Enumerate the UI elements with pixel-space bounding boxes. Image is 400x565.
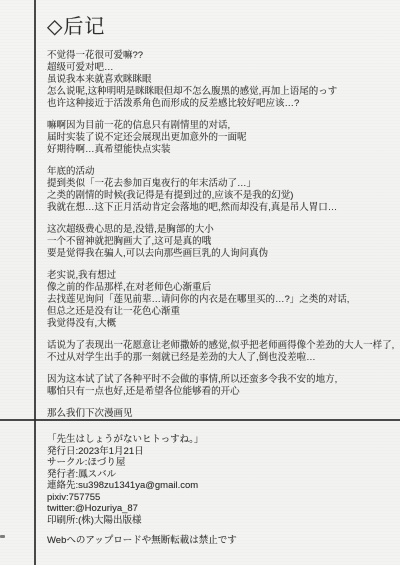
left-border-line: [34, 0, 36, 565]
afterword-body: 不觉得一花很可爱嘛??超级可爱对吧…虽说我本来就喜欢眯眯眼怎么说呢,这种明明是眯…: [47, 50, 397, 420]
section-divider-line: [0, 419, 400, 421]
text-line: 不过从对学生出手的那一刻就已经是差劲的大人了,倒也没差啦…: [47, 352, 397, 364]
text-line: 去找莲见询问「莲见前辈…请问你的内衣是在哪里买的…?」之类的对话,: [47, 294, 397, 306]
text-line: 超级可爱对吧…: [47, 62, 397, 74]
colophon-line: サークル:ほづり屋: [47, 457, 387, 469]
paragraph: 这次超级费心思的是,没错,是胸部的大小一个不留神就把胸画大了,这可是真的哦要是觉…: [47, 224, 397, 260]
text-line: 要是觉得我在骗人,可以去向那些画巨乳的人询问真伪: [47, 248, 397, 260]
colophon-lines: 「先生はしょうがないヒトっすね。」発行日:2023年1月21日サークル:ほづり屋…: [47, 434, 387, 526]
text-line: 届时实装了说不定还会展现出更加意外的一面呢: [47, 132, 397, 144]
colophon-line: twitter:@Hozuriya_87: [47, 503, 387, 515]
text-line: 嘛啊因为目前一花的信息只有剧情里的对话,: [47, 120, 397, 132]
colophon-line: 発行日:2023年1月21日: [47, 446, 387, 458]
afterword-page: ◇后记 不觉得一花很可爱嘛??超级可爱对吧…虽说我本来就喜欢眯眯眼怎么说呢,这种…: [0, 0, 400, 565]
text-line: 之类的剧情的时候(我记得是有提到过的,应该不是我的幻觉): [47, 190, 397, 202]
text-line: 不觉得一花很可爱嘛??: [47, 50, 397, 62]
paragraph: 嘛啊因为目前一花的信息只有剧情里的对话,届时实装了说不定还会展现出更加意外的一面…: [47, 120, 397, 156]
colophon-line: pixiv:757755: [47, 492, 387, 504]
text-line: 因为这本试了试了各种平时不会做的事情,所以还蛮多令我不安的地方,: [47, 374, 397, 386]
text-line: 像之前的作品那样,在对老师色心渐重后: [47, 282, 397, 294]
scan-artifact: [0, 535, 5, 538]
paragraph: 话说为了表现出一花愿意让老师撒娇的感觉,似乎把老师画得像个差劲的大人一样了,不过…: [47, 340, 397, 364]
text-line: 也许这种接近于活泼系角色而形成的反差感比较好吧应该…?: [47, 98, 397, 110]
paragraph: 老实说,我有想过像之前的作品那样,在对老师色心渐重后去找莲见询问「莲见前辈…请问…: [47, 270, 397, 330]
text-line: 话说为了表现出一花愿意让老师撒娇的感觉,似乎把老师画得像个差劲的大人一样了,: [47, 340, 397, 352]
paragraph: 因为这本试了试了各种平时不会做的事情,所以还蛮多令我不安的地方,哪怕只有一点也好…: [47, 374, 397, 398]
text-line: 但总之还是没有让一花色心渐重: [47, 306, 397, 318]
colophon-line: 連絡先:su398zu1341ya@gmail.com: [47, 480, 387, 492]
text-line: 这次超级费心思的是,没错,是胸部的大小: [47, 224, 397, 236]
colophon-line: 発行者:鳳スバル: [47, 469, 387, 481]
text-line: 老实说,我有想过: [47, 270, 397, 282]
afterword-content: ◇后记 不觉得一花很可爱嘛??超级可爱对吧…虽说我本来就喜欢眯眯眼怎么说呢,这种…: [47, 10, 397, 430]
colophon-line: 「先生はしょうがないヒトっすね。」: [47, 434, 387, 446]
text-line: 我觉得没有,大概: [47, 318, 397, 330]
text-line: 哪怕只有一点也好,还是希望各位能够看的开心: [47, 386, 397, 398]
page-title: ◇后记: [47, 10, 397, 39]
paragraph: 年底的活动提到类似「一花去参加百鬼夜行的年末活动了…」之类的剧情的时候(我记得是…: [47, 166, 397, 214]
text-line: 怎么说呢,这种明明是眯眯眼但却不怎么腹黑的感觉,再加上语尾的っす: [47, 86, 397, 98]
colophon-line: 印刷所:(株)大陽出版様: [47, 515, 387, 527]
text-line: 我就在想…这下正月活动肯定会落地的吧,然而却没有,真是吊人胃口…: [47, 202, 397, 214]
text-line: 虽说我本来就喜欢眯眯眼: [47, 74, 397, 86]
colophon: 「先生はしょうがないヒトっすね。」発行日:2023年1月21日サークル:ほづり屋…: [47, 434, 387, 547]
text-line: 年底的活动: [47, 166, 397, 178]
text-line: 好期待啊…真希望能快点实装: [47, 144, 397, 156]
text-line: 提到类似「一花去参加百鬼夜行的年末活动了…」: [47, 178, 397, 190]
paragraph: 不觉得一花很可爱嘛??超级可爱对吧…虽说我本来就喜欢眯眯眼怎么说呢,这种明明是眯…: [47, 50, 397, 110]
reprint-notice: Webへのアップロードや無断転載は禁止です: [47, 535, 387, 547]
text-line: 一个不留神就把胸画大了,这可是真的哦: [47, 236, 397, 248]
